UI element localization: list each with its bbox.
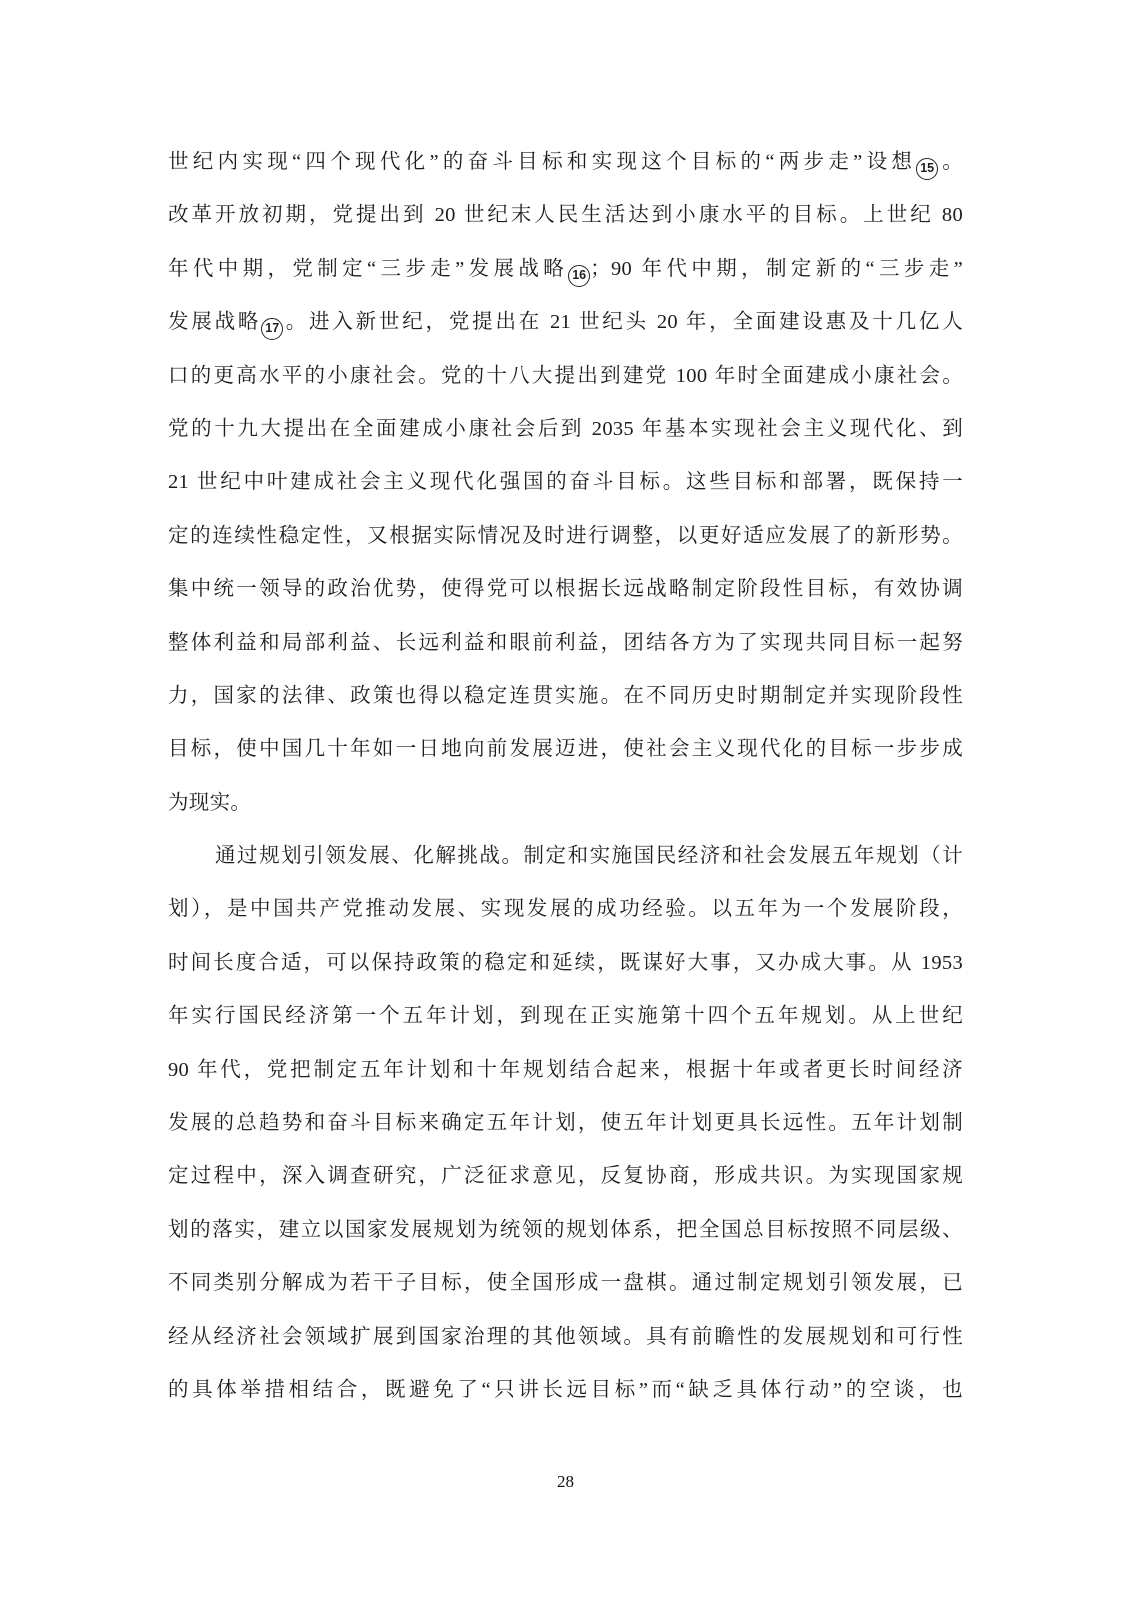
- text-line: 改革开放初期，党提出到 20 世纪末人民生活达到小康水平的目标。上世纪 80: [168, 189, 963, 242]
- text-line: 划），是中国共产党推动发展、实现发展的成功经验。以五年为一个发展阶段，: [168, 883, 963, 936]
- text-line: 经从经济社会领域扩展到国家治理的其他领域。具有前瞻性的发展规划和可行性: [168, 1311, 963, 1364]
- text-line: 定的连续性稳定性，又根据实际情况及时进行调整，以更好适应发展了的新形势。: [168, 510, 963, 563]
- text-line: 不同类别分解成为若干子目标，使全国形成一盘棋。通过制定规划引领发展，已: [168, 1257, 963, 1310]
- text-line: 力，国家的法律、政策也得以稳定连贯实施。在不同历史时期制定并实现阶段性: [168, 670, 963, 723]
- circled-footnote-number: 17: [261, 318, 283, 340]
- text-line: 整体利益和局部利益、长远利益和眼前利益，团结各方为了实现共同目标一起努: [168, 617, 963, 670]
- text-line: 集中统一领导的政治优势，使得党可以根据长远战略制定阶段性目标，有效协调: [168, 563, 963, 616]
- text-line: 党的十九大提出在全面建成小康社会后到 2035 年基本实现社会主义现代化、到: [168, 403, 963, 456]
- text-line: 90 年代，党把制定五年计划和十年规划结合起来，根据十年或者更长时间经济: [168, 1044, 963, 1097]
- document-page: 世纪内实现“四个现代化”的奋斗目标和实现这个目标的“两步走”设想15。 改革开放…: [0, 0, 1131, 1600]
- text-line: 发展战略17。进入新世纪，党提出在 21 世纪头 20 年，全面建设惠及十几亿人: [168, 296, 963, 349]
- text-line-paragraph-end: 为现实。: [168, 777, 963, 830]
- body-text: 世纪内实现“四个现代化”的奋斗目标和实现这个目标的“两步走”设想15。 改革开放…: [168, 136, 963, 1417]
- page-number: 28: [0, 1472, 1131, 1492]
- text-line: 年代中期，党制定“三步走”发展战略16；90 年代中期，制定新的“三步走”: [168, 243, 963, 296]
- text-line: 21 世纪中叶建成社会主义现代化强国的奋斗目标。这些目标和部署，既保持一: [168, 456, 963, 509]
- text-line: 时间长度合适，可以保持政策的稳定和延续，既谋好大事，又办成大事。从 1953: [168, 937, 963, 990]
- text-line: 世纪内实现“四个现代化”的奋斗目标和实现这个目标的“两步走”设想15。: [168, 136, 963, 189]
- text-line: 口的更高水平的小康社会。党的十八大提出到建党 100 年时全面建成小康社会。: [168, 350, 963, 403]
- text-line: 发展的总趋势和奋斗目标来确定五年计划，使五年计划更具长远性。五年计划制: [168, 1097, 963, 1150]
- text-line: 划的落实，建立以国家发展规划为统领的规划体系，把全国总目标按照不同层级、: [168, 1204, 963, 1257]
- text-line-paragraph-start: 通过规划引领发展、化解挑战。制定和实施国民经济和社会发展五年规划（计: [168, 830, 963, 883]
- text-line: 目标，使中国几十年如一日地向前发展迈进，使社会主义现代化的目标一步步成: [168, 723, 963, 776]
- text-line: 定过程中，深入调查研究，广泛征求意见，反复协商，形成共识。为实现国家规: [168, 1150, 963, 1203]
- text-line: 年实行国民经济第一个五年计划，到现在正实施第十四个五年规划。从上世纪: [168, 990, 963, 1043]
- circled-footnote-number: 15: [916, 158, 938, 180]
- circled-footnote-number: 16: [568, 265, 590, 287]
- text-line: 的具体举措相结合，既避免了“只讲长远目标”而“缺乏具体行动”的空谈，也: [168, 1364, 963, 1417]
